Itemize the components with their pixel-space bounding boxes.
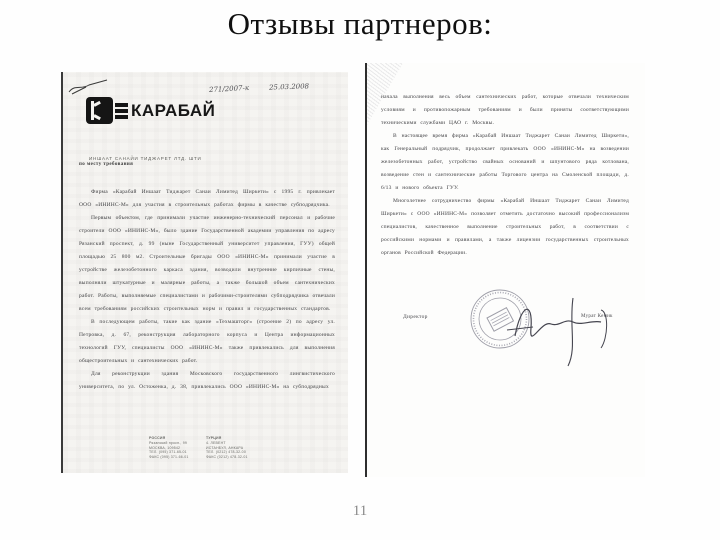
recipient-line: по месту требования	[79, 162, 133, 167]
handwritten-date: 25.03.2008	[269, 82, 309, 91]
scanned-letter-page-1: КАРАБАЙ ИНШААТ САНАЙИ ТИДЖАРЕТ ЛТД. ШТИ …	[61, 72, 348, 473]
footer-line: ФАКС (095) 371-66-01	[149, 455, 201, 460]
slide-page-number: 11	[0, 503, 720, 520]
signature-scrawl-icon	[505, 290, 613, 376]
signatory-title: Директор	[403, 314, 428, 320]
karabay-logo: КАРАБАЙ	[86, 97, 215, 124]
letter-paragraph: Фирма «Карабай Иншаат Тиджарет Санаи Лим…	[79, 186, 335, 212]
footer-line: ФАКС (0212) 478-32-01	[206, 455, 262, 460]
signature-block: Директор Мурат Кемик	[367, 288, 647, 398]
logo-subtitle: ИНШААТ САНАЙИ ТИДЖАРЕТ ЛТД. ШТИ	[89, 156, 202, 161]
footer-address-turkey: ТУРЦИЯ4. ЛЕВЕНТИСТАНБУЛ, АНКАРАТЕЛ. (021…	[206, 436, 262, 460]
letter-paragraph: начала выполнения весь объем сантехничес…	[381, 91, 629, 130]
letter-paragraph: Первым объектом, где принимали участие и…	[79, 212, 335, 316]
presentation-slide: Отзывы партнеров: КАРАБАЙ ИНШААТ САНАЙИ …	[0, 0, 720, 540]
signatory-name: Мурат Кемик	[581, 314, 613, 319]
letter-paragraph: В последующем работы, такие как здание «…	[79, 316, 335, 368]
scanned-letter-page-2: начала выполнения весь объем сантехничес…	[365, 63, 645, 477]
letter-paragraph: Многолетнее сотрудничество фирмы «Караба…	[381, 195, 629, 260]
letter-paragraph: В настоящее время фирма «Карабай Иншаат …	[381, 130, 629, 195]
handwritten-ref-number: 271/2007-к	[209, 84, 249, 94]
letter-paragraph: Для реконструкции здания Московского гос…	[79, 368, 335, 394]
slide-title: Отзывы партнеров:	[0, 6, 720, 42]
handwritten-mark-icon	[67, 78, 111, 98]
karabay-logo-icon	[86, 97, 113, 124]
logo-bars-icon	[115, 103, 128, 119]
footer-address-russia: РОССИЯРязанский просп., 99МОСКВА, 109542…	[149, 436, 201, 460]
letter-body-page-1: Фирма «Карабай Иншаат Тиджарет Санаи Лим…	[79, 186, 335, 394]
letter-body-page-2: начала выполнения весь объем сантехничес…	[381, 91, 629, 260]
logo-wordmark: КАРАБАЙ	[131, 101, 215, 121]
